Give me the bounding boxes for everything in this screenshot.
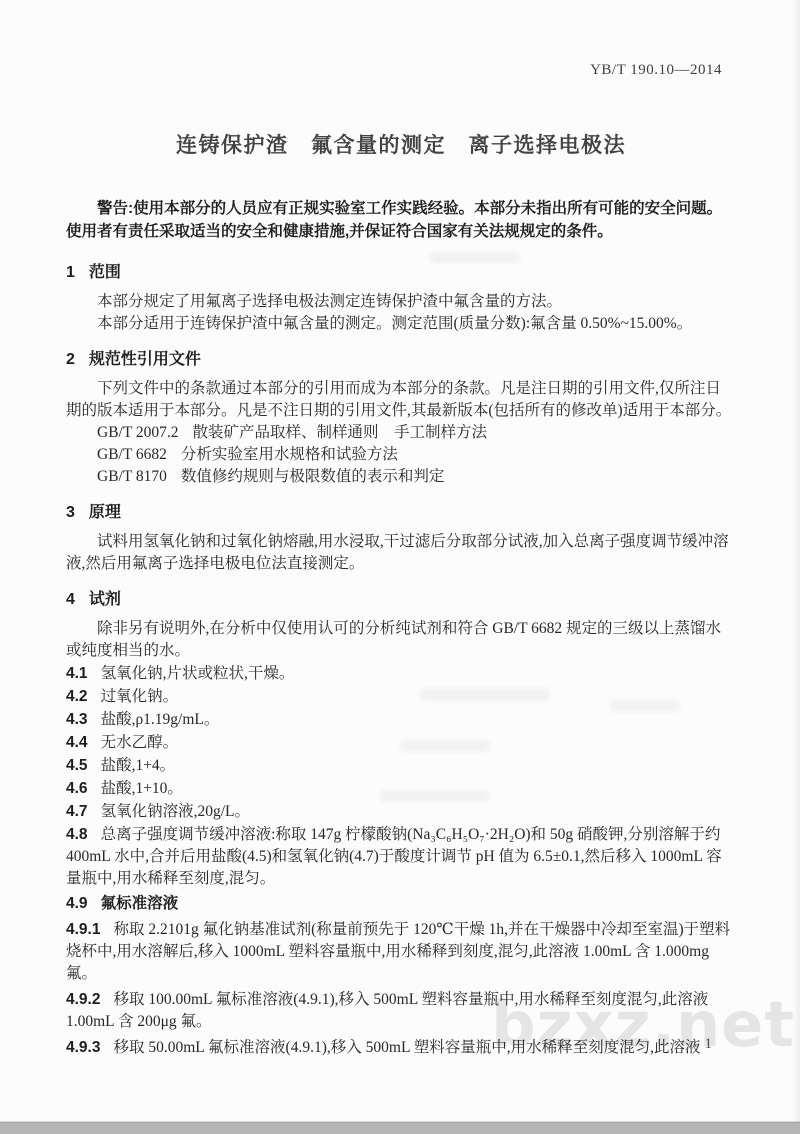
clause-text: 移取 50.00mL 氟标准溶液(4.9.1),移入 500mL 塑料容量瓶中,… bbox=[113, 1039, 700, 1056]
section-1-heading: 1范围 bbox=[66, 259, 736, 282]
warning-paragraph: 警告:使用本部分的人员应有正规实验室工作实践经验。本部分未指出所有可能的安全问题… bbox=[66, 197, 736, 243]
clause-number: 4.7 bbox=[66, 803, 88, 820]
clause-number: 4.9.2 bbox=[66, 991, 100, 1008]
clause-text: 无水乙醇。 bbox=[101, 734, 179, 751]
clause-number: 4.2 bbox=[66, 688, 88, 705]
reference-item: GB/T 6682分析实验室用水规格和试验方法 bbox=[66, 444, 736, 466]
paragraph: 本部分规定了用氟离子选择电极法测定连铸保护渣中氟含量的方法。 bbox=[66, 291, 736, 313]
paragraph: 下列文件中的条款通过本部分的引用而成为本部分的条款。凡是注日期的引用文件,仅所注… bbox=[66, 378, 736, 422]
scanned-page-canvas: bzxz.net YB/T 190.10—2014 连铸保护渣 氟含量的测定 离… bbox=[0, 0, 800, 1134]
section-title: 试剂 bbox=[89, 591, 121, 608]
paragraph: 除非另有说明外,在分析中仅使用认可的分析纯试剂和符合 GB/T 6682 规定的… bbox=[66, 618, 736, 662]
section-number: 3 bbox=[66, 504, 75, 521]
section-title: 原理 bbox=[89, 504, 121, 521]
reference-item: GB/T 2007.2散装矿产品取样、制样通则 手工制样方法 bbox=[66, 422, 736, 444]
clause-number: 4.5 bbox=[66, 757, 88, 774]
clause-item: 4.9.2移取 100.00mL 氟标准溶液(4.9.1),移入 500mL 塑… bbox=[66, 989, 736, 1033]
clause-text: 氢氧化钠,片状或粒状,干燥。 bbox=[101, 665, 295, 682]
clause-text: 过氧化钠。 bbox=[101, 688, 179, 705]
section-2-heading: 2规范性引用文件 bbox=[66, 346, 736, 369]
clause-number: 4.9.3 bbox=[66, 1039, 100, 1056]
clause-text: 总离子强度调节缓冲溶液:称取 147g 柠檬酸钠(Na₃C₆H₅O₇·2H₂O)… bbox=[66, 826, 722, 887]
clause-text: 移取 100.00mL 氟标准溶液(4.9.1),移入 500mL 塑料容量瓶中… bbox=[66, 991, 708, 1030]
clause-text: 盐酸,ρ1.19g/mL。 bbox=[101, 711, 220, 728]
section-number: 2 bbox=[66, 351, 75, 368]
document-page: bzxz.net YB/T 190.10—2014 连铸保护渣 氟含量的测定 离… bbox=[0, 0, 800, 1121]
clause-number: 4.9.1 bbox=[66, 921, 100, 938]
paragraph: 试料用氢氧化钠和过氧化钠熔融,用水浸取,干过滤后分取部分试液,加入总离子强度调节… bbox=[66, 531, 736, 575]
clause-item: 4.6盐酸,1+10。 bbox=[66, 778, 736, 800]
clause-text: 氟标准溶液 bbox=[101, 895, 179, 912]
clause-item: 4.9.3移取 50.00mL 氟标准溶液(4.9.1),移入 500mL 塑料… bbox=[66, 1037, 736, 1059]
clause-text: 称取 2.2101g 氟化钠基准试剂(称量前预先于 120℃干燥 1h,并在干燥… bbox=[66, 921, 730, 982]
section-4-heading: 4试剂 bbox=[66, 586, 736, 609]
clause-number: 4.3 bbox=[66, 711, 88, 728]
reference-item: GB/T 8170数值修约规则与极限数值的表示和判定 bbox=[66, 466, 736, 488]
document-title: 连铸保护渣 氟含量的测定 离子选择电极法 bbox=[66, 129, 736, 159]
clause-number: 4.9 bbox=[66, 895, 88, 912]
page-content: YB/T 190.10—2014 连铸保护渣 氟含量的测定 离子选择电极法 警告… bbox=[0, 0, 800, 1059]
clause-item: 4.5盐酸,1+4。 bbox=[66, 755, 736, 777]
clause-item: 4.8总离子强度调节缓冲溶液:称取 147g 柠檬酸钠(Na₃C₆H₅O₇·2H… bbox=[66, 824, 736, 890]
clause-item: 4.9.1称取 2.2101g 氟化钠基准试剂(称量前预先于 120℃干燥 1h… bbox=[66, 919, 736, 985]
section-3-heading: 3原理 bbox=[66, 499, 736, 522]
reference-code: GB/T 2007.2 bbox=[97, 424, 179, 441]
clause-number: 4.1 bbox=[66, 665, 88, 682]
reference-title: 散装矿产品取样、制样通则 手工制样方法 bbox=[193, 424, 488, 441]
section-number: 4 bbox=[66, 591, 75, 608]
reference-title: 数值修约规则与极限数值的表示和判定 bbox=[181, 468, 445, 485]
paragraph: 本部分适用于连铸保护渣中氟含量的测定。测定范围(质量分数):氟含量 0.50%~… bbox=[66, 313, 736, 335]
reference-title: 分析实验室用水规格和试验方法 bbox=[181, 446, 398, 463]
clause-item: 4.1氢氧化钠,片状或粒状,干燥。 bbox=[66, 663, 736, 685]
reference-code: GB/T 6682 bbox=[97, 446, 167, 463]
section-title: 规范性引用文件 bbox=[89, 351, 201, 368]
section-number: 1 bbox=[66, 264, 75, 281]
clause-text: 盐酸,1+4。 bbox=[101, 757, 176, 774]
reference-code: GB/T 8170 bbox=[97, 468, 167, 485]
section-title: 范围 bbox=[89, 264, 121, 281]
clause-number: 4.6 bbox=[66, 780, 88, 797]
standard-number: YB/T 190.10—2014 bbox=[66, 62, 736, 79]
clause-item: 4.3盐酸,ρ1.19g/mL。 bbox=[66, 709, 736, 731]
page-number: 1 bbox=[705, 1036, 713, 1053]
clause-item: 4.7氢氧化钠溶液,20g/L。 bbox=[66, 801, 736, 823]
clause-number: 4.4 bbox=[66, 734, 88, 751]
clause-item: 4.2过氧化钠。 bbox=[66, 686, 736, 708]
clause-item: 4.4无水乙醇。 bbox=[66, 732, 736, 754]
clause-text: 盐酸,1+10。 bbox=[101, 780, 183, 797]
clause-text: 氢氧化钠溶液,20g/L。 bbox=[101, 803, 250, 820]
clause-subheading: 4.9氟标准溶液 bbox=[66, 893, 736, 915]
clause-number: 4.8 bbox=[66, 826, 88, 843]
